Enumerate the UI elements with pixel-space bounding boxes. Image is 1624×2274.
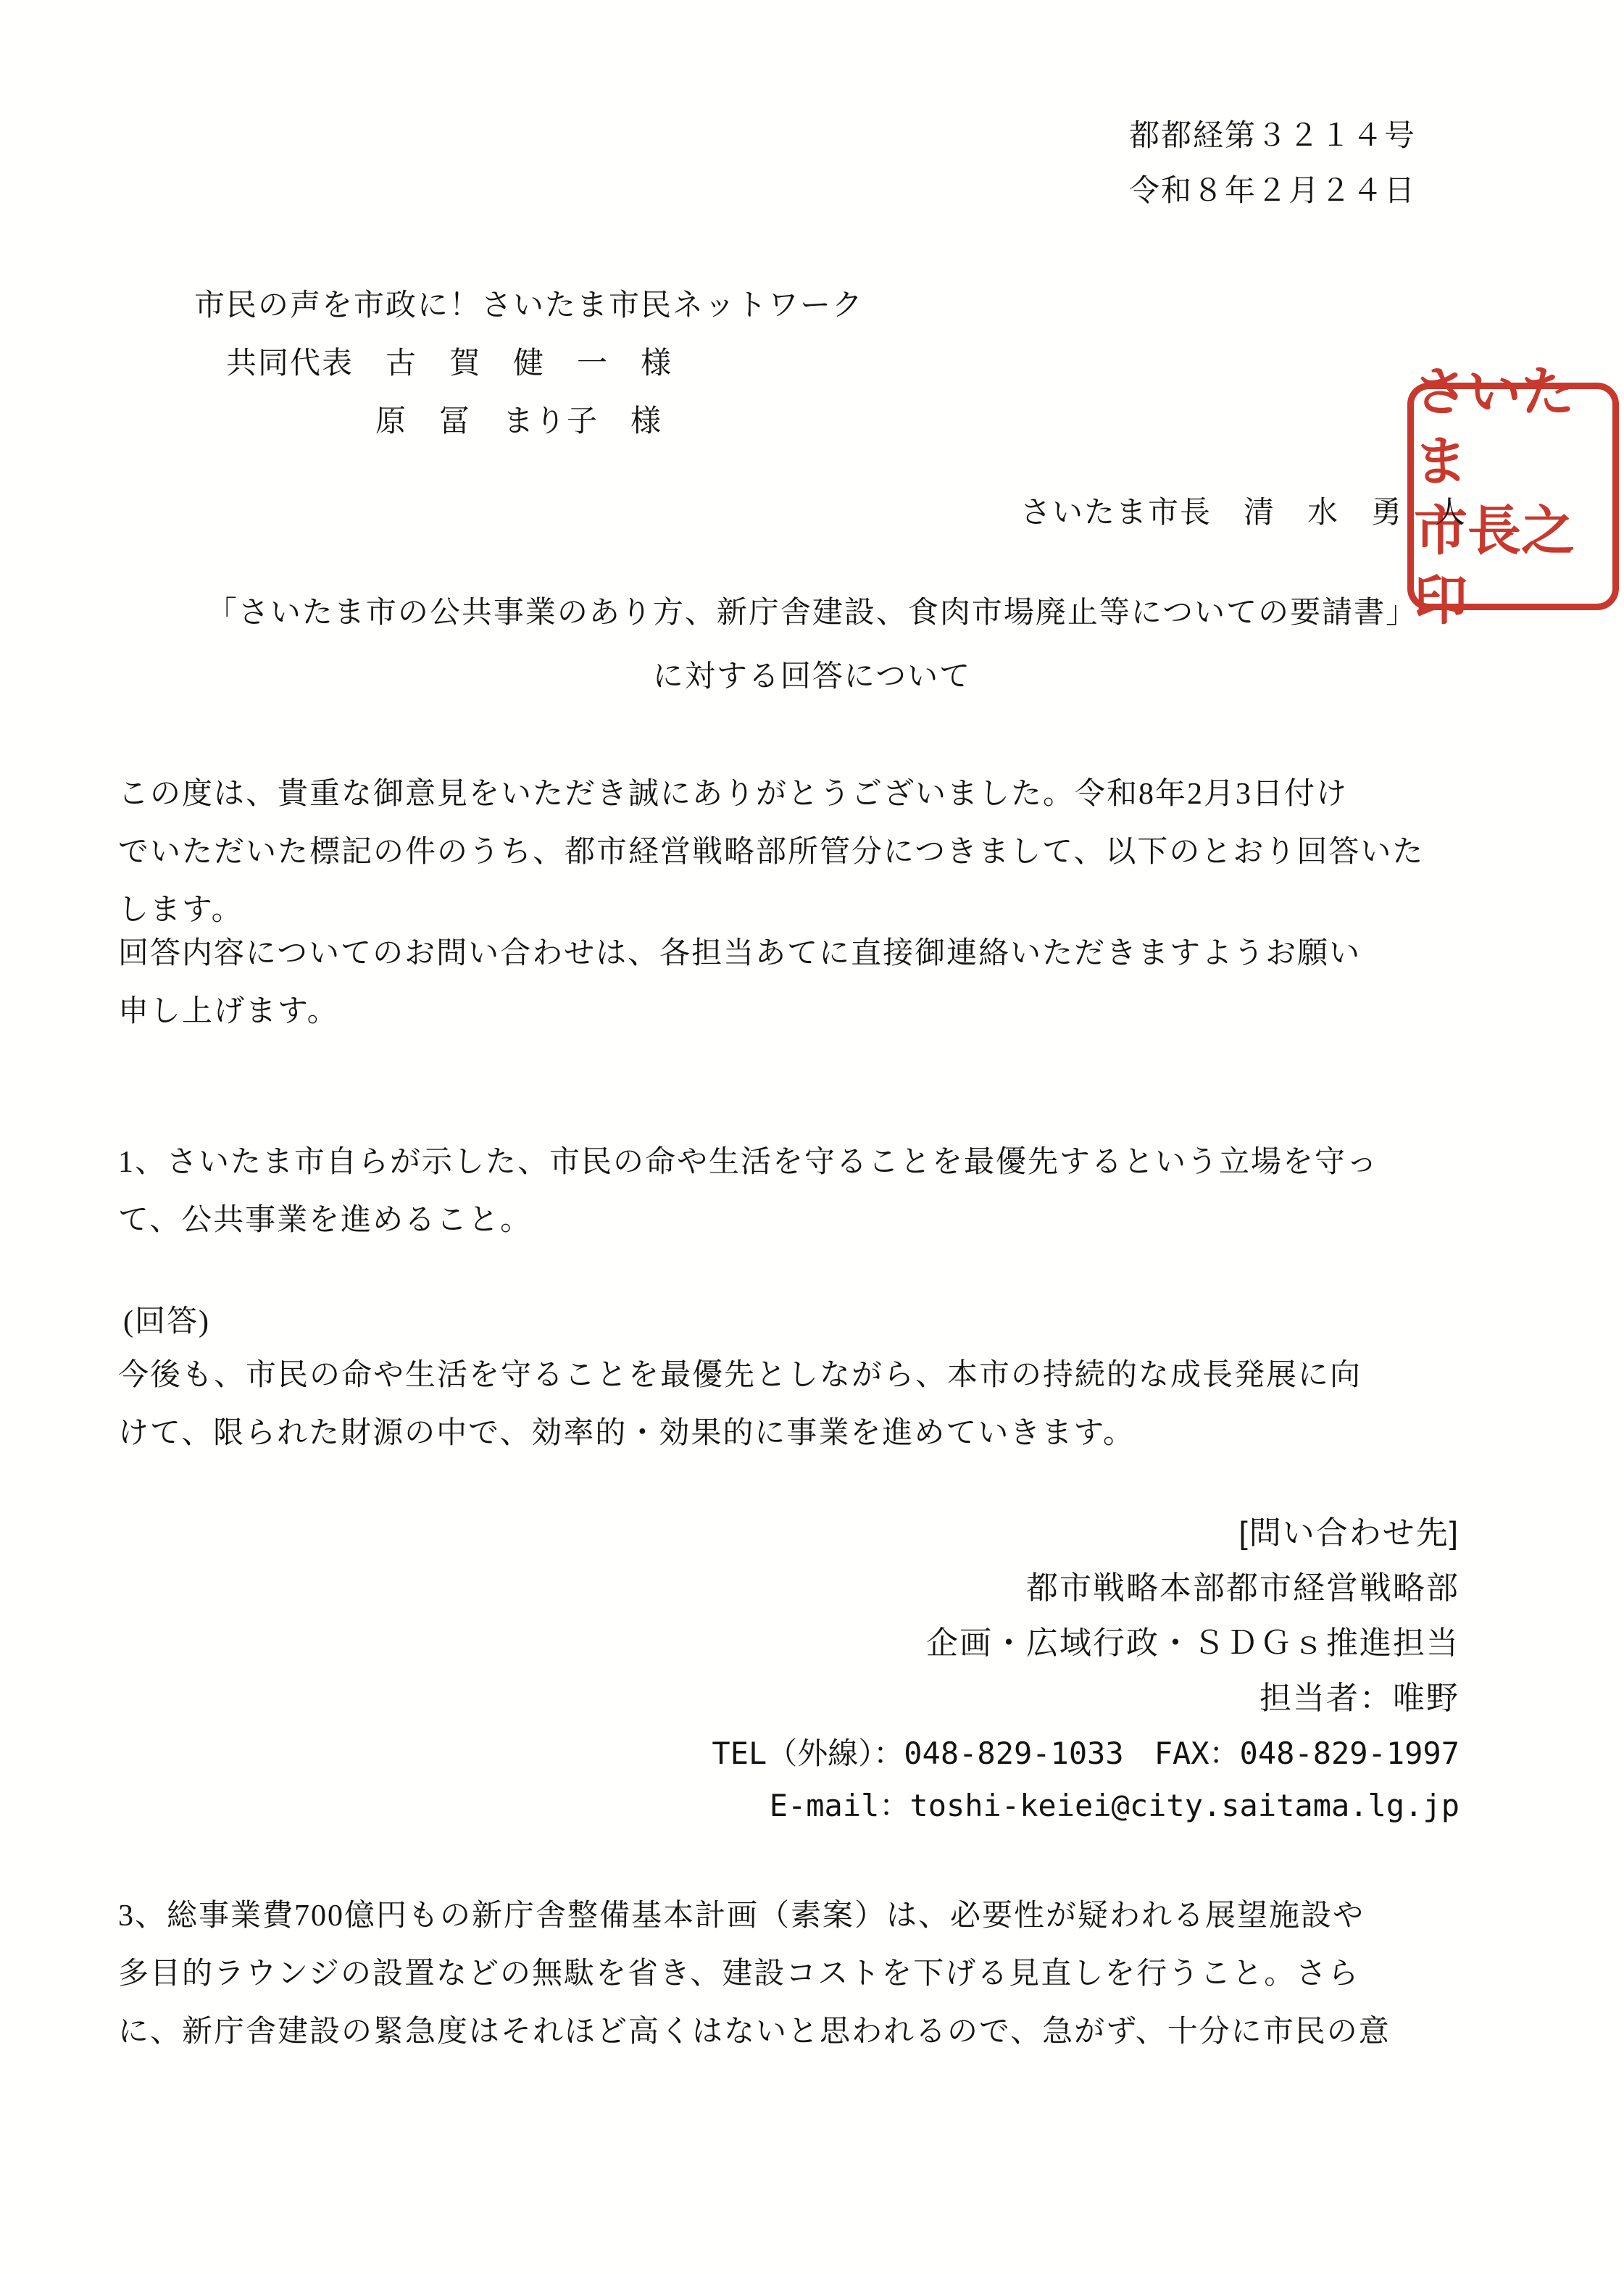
- letter-title-line-2: に対する回答について: [0, 648, 1624, 706]
- contact-person: 担当者：唯野: [1259, 1670, 1459, 1728]
- body-paragraph-2: 回答内容についてのお問い合わせは、各担当あてに直接御連絡いただきますようお願い …: [118, 925, 1361, 1041]
- contact-label: [問い合わせ先]: [1239, 1504, 1459, 1562]
- doc-date: 令和８年２月２４日: [1129, 162, 1416, 220]
- seal-text-top: さいたま: [1414, 357, 1612, 496]
- request-item-3: 3、総事業費700億円もの新庁舎整備基本計画（素案）は、必要性が疑われる展望施設…: [118, 1887, 1391, 2061]
- contact-tel-fax: TEL（外線）：048-829-1033 FAX：048-829-1997: [712, 1725, 1459, 1783]
- answer-label: (回答): [123, 1293, 210, 1351]
- addressee-rep-1: 共同代表 古 賀 健 一 様: [226, 335, 672, 393]
- sender-name: さいたま市長 清 水 勇 人: [1020, 484, 1467, 542]
- contact-email: E-mail：toshi-keiei@city.saitama.lg.jp: [770, 1777, 1459, 1835]
- answer-paragraph-1: 今後も、市民の命や生活を守ることを最優先としながら、本市の持続的な成長発展に向 …: [118, 1346, 1362, 1462]
- letter-title-line-1: 「さいたま市の公共事業のあり方、新庁舎建設、食肉市場廃止等についての要請書」: [0, 584, 1624, 642]
- addressee-rep-2: 原 冨 まり子 様: [375, 393, 662, 451]
- doc-number: 都都経第３２１４号: [1129, 107, 1416, 165]
- body-paragraph-1: この度は、貴重な御意見をいただき誠にありがとうございました。令和8年2月3日付け…: [118, 765, 1424, 939]
- contact-department: 都市戦略本部都市経営戦略部: [1026, 1559, 1459, 1617]
- letter-page: 都都経第３２１４号 令和８年２月２４日 市民の声を市政に！さいたま市民ネットワー…: [0, 0, 1624, 2274]
- contact-section: 企画・広域行政・ＳＤＧｓ推進担当: [926, 1615, 1459, 1673]
- request-item-1: 1、さいたま市自らが示した、市民の命や生活を守ることを最優先するという立場を守っ…: [118, 1133, 1378, 1249]
- addressee-org: 市民の声を市政に！さいたま市民ネットワーク: [194, 277, 864, 335]
